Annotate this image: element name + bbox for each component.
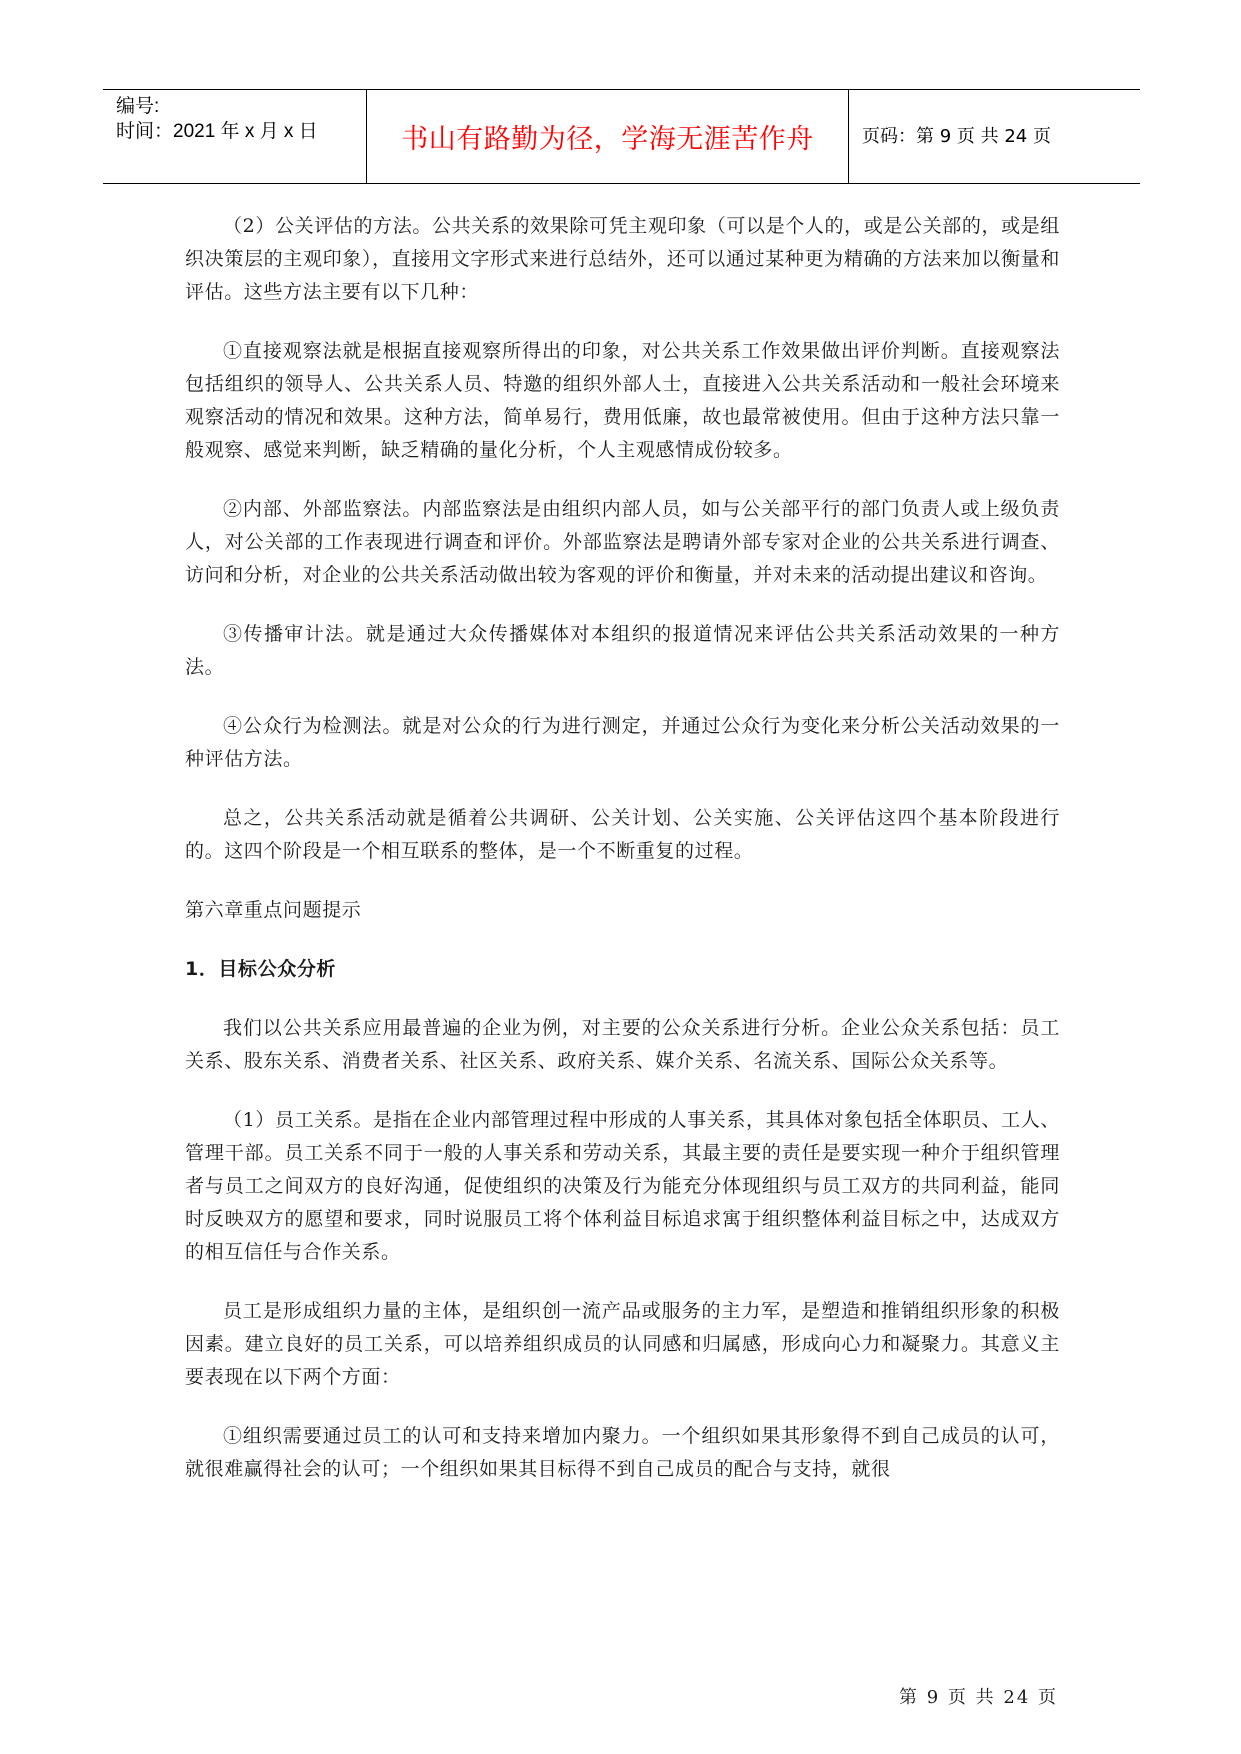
paragraph-evaluation-methods: （2）公关评估的方法。公共关系的效果除可凭主观印象（可以是个人的，或是公关部的，… [185,210,1060,309]
paragraph-public-behavior-test: ④公众行为检测法。就是对公众的行为进行测定，并通过公众行为变化来分析公关活动效果… [185,710,1060,776]
document-body: （2）公关评估的方法。公共关系的效果除可凭主观印象（可以是个人的，或是公关部的，… [185,210,1060,1512]
paragraph-communication-audit: ③传播审计法。就是通过大众传播媒体对本组织的报道情况来评估公共关系活动效果的一种… [185,618,1060,684]
paragraph-cohesion: ①组织需要通过员工的认可和支持来增加内聚力。一个组织如果其形象得不到自己成员的认… [185,1420,1060,1486]
paragraph-internal-external-audit: ②内部、外部监察法。内部监察法是由组织内部人员，如与公关部平行的部门负责人或上级… [185,493,1060,592]
footer-page-indicator: 第 9 页 共 24 页 [899,1687,1058,1708]
page-footer: 第 9 页 共 24 页 [899,1683,1058,1709]
paragraph-direct-observation: ①直接观察法就是根据直接观察所得出的印象，对公共关系工作效果做出评价判断。直接观… [185,335,1060,467]
header-motto: 书山有路勤为径，学海无涯苦作舟 [367,90,849,183]
paragraph-enterprise-publics: 我们以公共关系应用最普遍的企业为例，对主要的公众关系进行分析。企业公众关系包括：… [185,1012,1060,1078]
paragraph-employee-importance: 员工是形成组织力量的主体，是组织创一流产品或服务的主力军，是塑造和推销组织形象的… [185,1295,1060,1394]
document-number-label: 编号: [116,94,366,119]
page-header: 编号: 时间：2021 年 x 月 x 日 书山有路勤为径，学海无涯苦作舟 页码… [103,89,1140,184]
document-date-label: 时间：2021 年 x 月 x 日 [116,119,366,144]
motto-text: 书山有路勤为径，学海无涯苦作舟 [401,117,814,156]
chapter-title: 第六章重点问题提示 [185,894,1060,927]
header-meta: 编号: 时间：2021 年 x 月 x 日 [103,90,367,183]
paragraph-employee-relations: （1）员工关系。是指在企业内部管理过程中形成的人事关系，其具体对象包括全体职员、… [185,1104,1060,1269]
paragraph-summary: 总之，公共关系活动就是循着公共调研、公关计划、公关实施、公关评估这四个基本阶段进… [185,802,1060,868]
page-number-label: 页码：第 9 页 共 24 页 [862,126,1051,147]
header-page-info: 页码：第 9 页 共 24 页 [849,90,1140,183]
section-heading: 1．目标公众分析 [185,953,1060,986]
